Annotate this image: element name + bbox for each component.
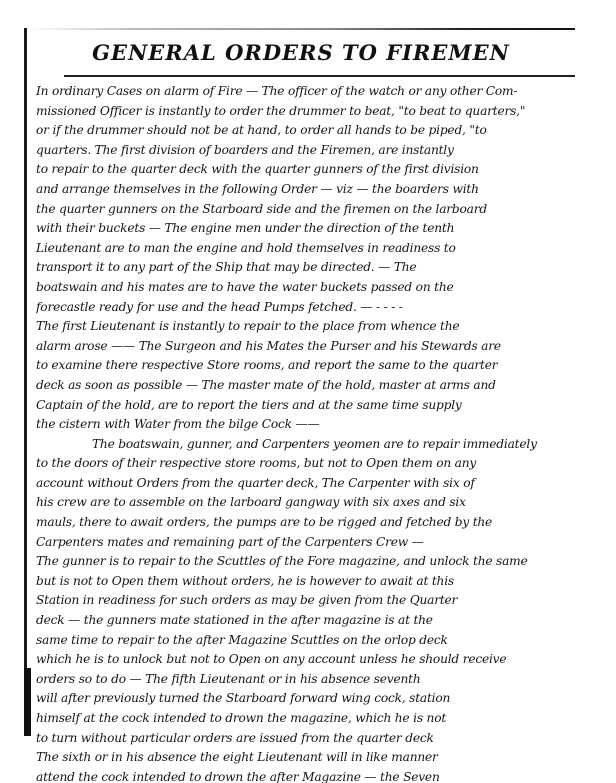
text-line: forecastle ready for use and the head Pu…: [36, 298, 574, 318]
handwritten-body: In ordinary Cases on alarm of Fire — The…: [36, 82, 574, 783]
text-line: to turn without particular orders are is…: [36, 729, 574, 749]
manuscript-page: GENERAL ORDERS TO FIREMEN In ordinary Ca…: [24, 28, 575, 736]
text-line-paragraph-start: The boatswain, gunner, and Carpenters ye…: [36, 435, 574, 455]
text-line: and arrange themselves in the following …: [36, 180, 574, 200]
text-line: Captain of the hold, are to report the t…: [36, 396, 574, 416]
text-line: to examine there respective Store rooms,…: [36, 356, 574, 376]
text-line: or if the drummer should not be at hand,…: [36, 121, 574, 141]
text-line: to repair to the quarter deck with the q…: [36, 160, 574, 180]
text-line: boatswain and his mates are to have the …: [36, 278, 574, 298]
text-line: with their buckets — The engine men unde…: [36, 219, 574, 239]
text-line: attend the cock intended to drown the af…: [36, 768, 574, 783]
text-line: missioned Officer is instantly to order …: [36, 102, 574, 122]
text-line: Lieutenant are to man the engine and hol…: [36, 239, 574, 259]
text-line: his crew are to assemble on the larboard…: [36, 493, 574, 513]
text-line: which he is to unlock but not to Open on…: [36, 650, 574, 670]
top-border-rule: [28, 28, 575, 30]
text-line: transport it to any part of the Ship tha…: [36, 258, 574, 278]
left-margin-shadow: [24, 668, 31, 736]
text-line: The sixth or in his absence the eight Li…: [36, 748, 574, 768]
text-line: Station in readiness for such orders as …: [36, 591, 574, 611]
text-line: orders so to do — The fifth Lieutenant o…: [36, 670, 574, 690]
left-margin-rule: [24, 28, 27, 736]
document-title: GENERAL ORDERS TO FIREMEN: [86, 40, 516, 65]
text-line: himself at the cock intended to drown th…: [36, 709, 574, 729]
text-line: will after previously turned the Starboa…: [36, 689, 574, 709]
text-line: Carpenters mates and remaining part of t…: [36, 533, 574, 553]
text-line: The first Lieutenant is instantly to rep…: [36, 317, 574, 337]
text-line: to the doors of their respective store r…: [36, 454, 574, 474]
text-line: same time to repair to the after Magazin…: [36, 631, 574, 651]
text-line: but is not to Open them without orders, …: [36, 572, 574, 592]
text-line: account without Orders from the quarter …: [36, 474, 574, 494]
text-line: quarters. The first division of boarders…: [36, 141, 574, 161]
text-line: alarm arose —— The Surgeon and his Mates…: [36, 337, 574, 357]
text-line: the quarter gunners on the Starboard sid…: [36, 200, 574, 220]
text-line: The gunner is to repair to the Scuttles …: [36, 552, 574, 572]
text-line: In ordinary Cases on alarm of Fire — The…: [36, 82, 574, 102]
text-line: deck as soon as possible — The master ma…: [36, 376, 574, 396]
text-line: mauls, there to await orders, the pumps …: [36, 513, 574, 533]
text-line: deck — the gunners mate stationed in the…: [36, 611, 574, 631]
title-underline: [64, 75, 575, 77]
text-line: the cistern with Water from the bilge Co…: [36, 415, 574, 435]
